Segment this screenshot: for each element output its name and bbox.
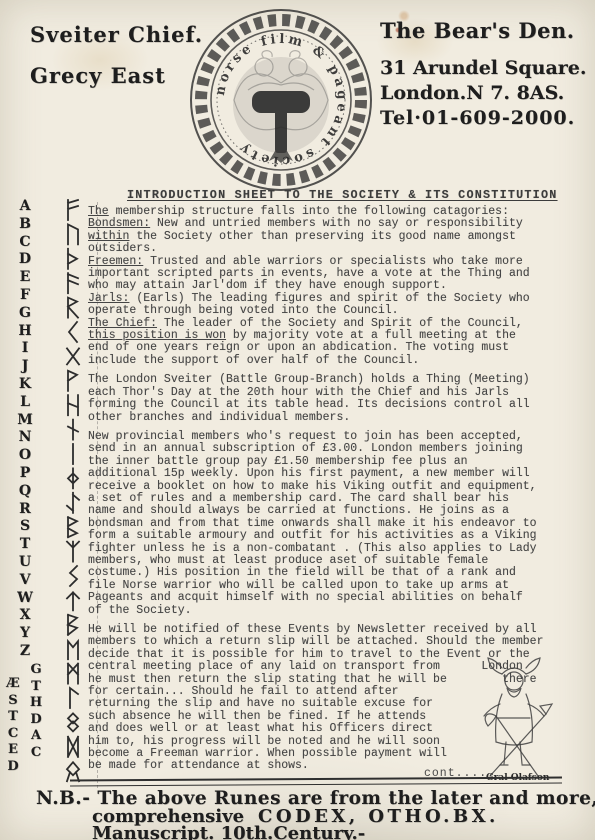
rune-glyph-eolh — [67, 542, 79, 562]
header-grecy-east: Grecy East — [30, 63, 203, 88]
underlined-term: this position is won — [88, 329, 226, 342]
underlined-term: Freemen: — [88, 255, 143, 268]
alphabet-letter: Q — [12, 483, 38, 501]
body-line: of the Society. — [88, 605, 574, 617]
rune-glyph-haegl — [68, 395, 78, 415]
alphabet-letter: T — [12, 536, 38, 554]
body-line: other branches and individual members. — [88, 412, 574, 424]
alphabet-letter: F — [12, 287, 38, 305]
body-line: outsiders. — [88, 243, 574, 255]
alphabet-letter: U — [12, 554, 38, 572]
scanned-document-page: Sveiter Chief. Grecy East norse film & p… — [0, 0, 595, 840]
alphabet-letter: A — [12, 198, 38, 216]
helmet-horn-left — [488, 658, 502, 674]
alphabet-letter: W — [12, 590, 38, 608]
alphabet-letter: Z — [12, 643, 38, 661]
society-seal-emblem: norse film & pageant society — [186, 4, 376, 196]
alphabet-letter: V — [12, 572, 38, 590]
warrior-beard — [507, 688, 521, 697]
alphabet-extra-letter: T — [3, 709, 23, 726]
alphabet-extra-letter: H — [26, 695, 46, 712]
rune-glyph-mann — [68, 664, 78, 684]
alphabet-letter: K — [12, 376, 38, 394]
helmet-horn-right — [526, 658, 540, 674]
viking-warrior-drawing: Gral Olafson — [450, 644, 572, 786]
axe-blade — [485, 714, 496, 726]
underlined-term: The Chief: — [88, 317, 157, 330]
body-line: costume.) His position in the field will… — [88, 567, 574, 579]
margin-alphabet-column: ABCDEFGHIJKLMNOPQRSTUVWXYZ — [12, 198, 38, 661]
body-line: name and should always be carried at fun… — [88, 505, 574, 517]
header-bears-den: The Bear's Den. — [380, 18, 592, 43]
footer-note-line3: Manuscript. 10th.Century.- — [92, 823, 365, 840]
alphabet-extra-letter: T — [26, 679, 46, 696]
alphabet-letter: G — [12, 305, 38, 323]
alphabet-extra-letter: S — [3, 693, 23, 710]
underlined-term: The — [88, 205, 109, 218]
rune-glyph-os — [68, 273, 78, 293]
alphabet-letter: E — [12, 269, 38, 287]
margin-alphabet-extras-left: ÆSTCED — [3, 676, 23, 775]
alphabet-letter: I — [12, 340, 38, 358]
body-line: Pageants and acquit himself with no spec… — [88, 592, 574, 604]
rune-glyph-tir — [67, 592, 79, 610]
alphabet-extra-letter: C — [26, 745, 46, 762]
alphabet-letter: P — [12, 465, 38, 483]
underlined-term: within — [88, 230, 129, 243]
rune-glyph-peorth — [68, 517, 77, 537]
rune-glyph-sigel — [70, 566, 77, 586]
rune-glyph-gyfu — [67, 348, 79, 364]
alphabet-letter: N — [12, 429, 38, 447]
warrior-head — [505, 672, 523, 690]
alphabet-letter: X — [12, 607, 38, 625]
rune-glyph-rad — [68, 298, 78, 318]
rune-glyph-thorn — [68, 249, 77, 269]
underlined-term: Jarls: — [88, 292, 129, 305]
alphabet-letter: S — [12, 518, 38, 536]
paragraph: The London Sveiter (Battle Group-Branch)… — [88, 374, 574, 424]
header-right: The Bear's Den. 31 Arundel Square. Londo… — [380, 18, 592, 129]
header-left: Sveiter Chief. Grecy East — [30, 22, 203, 88]
rune-glyph-wynn — [68, 371, 77, 391]
header-telephone: Tel·01-609-2000. — [380, 107, 592, 129]
alphabet-extra-letter: D — [3, 759, 23, 776]
rune-glyph-eoh — [67, 493, 79, 513]
paragraph: The membership structure falls into the … — [88, 206, 574, 367]
rune-glyph-feoh — [68, 200, 78, 220]
rune-glyph-cen — [69, 322, 77, 342]
body-line: The London Sveiter (Battle Group-Branch)… — [88, 374, 574, 386]
alphabet-extra-letter: G — [26, 662, 46, 679]
header-address-street: 31 Arundel Square. — [380, 57, 592, 79]
body-line: include the support of over half of the … — [88, 355, 574, 367]
body-line: operate through being voted into the Cou… — [88, 305, 574, 317]
body-line: end of one years reign or upon an abdica… — [88, 342, 574, 354]
body-line: forming the Council at its table head. I… — [88, 399, 574, 411]
warrior-cloak — [496, 694, 533, 745]
rune-glyph-ger — [68, 468, 78, 488]
rune-glyph-nyd — [68, 420, 78, 440]
alphabet-letter: L — [12, 394, 38, 412]
alphabet-letter: H — [12, 323, 38, 341]
alphabet-extra-letter: E — [3, 742, 23, 759]
alphabet-letter: D — [12, 251, 38, 269]
underlined-term: Bondsmen: — [88, 217, 150, 230]
rune-glyph-ing — [68, 713, 78, 731]
rune-glyph-beorc — [68, 615, 77, 635]
page-title: INTRODUCTION SHEET TO THE SOCIETY & ITS … — [127, 188, 558, 202]
body-line: who may attain Jarl'dom if they have eno… — [88, 280, 574, 292]
rune-glyph-lagu — [70, 688, 78, 708]
rune-glyph-daeg — [68, 737, 78, 757]
alphabet-extra-letter: D — [26, 712, 46, 729]
body-line: additional 15p weekly. Upon his first pa… — [88, 468, 574, 480]
body-line: form a suitable armoury and outfit for h… — [88, 530, 574, 542]
margin-alphabet-extras-right: GTHDAC — [26, 662, 46, 761]
body-line: within the Society other than preserving… — [88, 231, 574, 243]
alphabet-letter: M — [12, 412, 38, 430]
alphabet-extra-letter: A — [26, 728, 46, 745]
alphabet-extra-letter: Æ — [3, 676, 23, 693]
alphabet-letter: J — [12, 358, 38, 376]
header-chief-title: Sveiter Chief. — [30, 22, 203, 47]
paragraph: New provincial members who's request to … — [88, 431, 574, 617]
alphabet-letter: O — [12, 447, 38, 465]
header-address-city: London.N 7. 8AS. — [380, 82, 592, 104]
alphabet-letter: R — [12, 501, 38, 519]
body-line: send in an annual subscription of £3.00.… — [88, 443, 574, 455]
body-line: Bondsmen: New and untried members with n… — [88, 218, 574, 230]
rune-glyph-ethel — [67, 762, 79, 781]
rune-glyph-ur — [68, 224, 78, 244]
alphabet-letter: B — [12, 216, 38, 234]
helmet-icon — [502, 668, 526, 674]
alphabet-extra-letter: C — [3, 726, 23, 743]
margin-rune-column — [57, 196, 89, 791]
alphabet-letter: C — [12, 234, 38, 252]
alphabet-letter: Y — [12, 625, 38, 643]
rune-glyph-eh — [68, 641, 78, 659]
footer-nb-label: N.B.- — [36, 788, 90, 809]
